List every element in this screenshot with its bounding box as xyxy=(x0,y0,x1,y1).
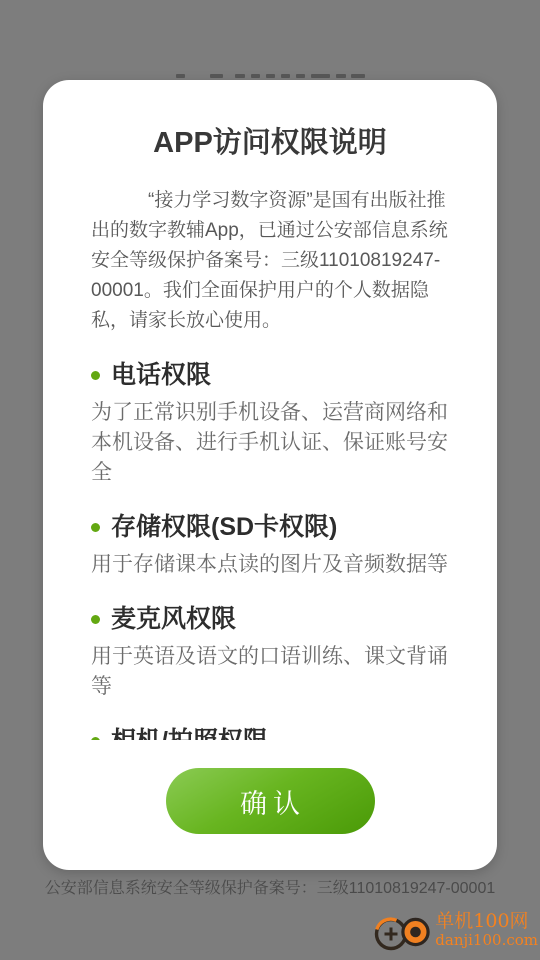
confirm-button[interactable]: 确认 xyxy=(166,768,375,834)
intro-paragraph: “接力学习数字资源”是国有出版社推出的数字教辅App，已通过公安部信息系统安全等… xyxy=(91,186,449,336)
watermark-site-name: 单机100网 xyxy=(435,911,538,932)
permission-name: 电话权限 xyxy=(111,358,211,392)
danji100-logo-icon xyxy=(372,905,432,954)
bullet-dot-icon xyxy=(91,523,100,532)
permission-item-storage: 存储权限(SD卡权限) 用于存储课本点读的图片及音频数据等 xyxy=(91,510,449,580)
permission-item-microphone: 麦克风权限 用于英语及语文的口语训练、课文背诵等 xyxy=(91,602,449,702)
permission-item-phone: 电话权限 为了正常识别手机设备、运营商网络和本机设备、进行手机认证、保证账号安全 xyxy=(91,358,449,488)
watermark-site-url: danji100.com xyxy=(435,932,538,949)
permission-dialog: APP访问权限说明 “接力学习数字资源”是国有出版社推出的数字教辅App，已通过… xyxy=(43,80,497,870)
dialog-scroll-area[interactable]: APP访问权限说明 “接力学习数字资源”是国有出版社推出的数字教辅App，已通过… xyxy=(43,80,497,740)
dialog-title: APP访问权限说明 xyxy=(91,125,449,161)
permission-name: 相机/拍照权限 xyxy=(111,724,268,740)
permission-name: 存储权限(SD卡权限) xyxy=(111,510,337,544)
bullet-dot-icon xyxy=(91,737,100,741)
permission-name: 麦克风权限 xyxy=(111,602,236,636)
permission-description: 用于存储课本点读的图片及音频数据等 xyxy=(91,550,449,580)
permission-description: 为了正常识别手机设备、运营商网络和本机设备、进行手机认证、保证账号安全 xyxy=(91,398,449,488)
permission-description: 用于英语及语文的口语训练、课文背诵等 xyxy=(91,642,449,702)
bullet-dot-icon xyxy=(91,615,100,624)
security-record-number: 公安部信息系统安全等级保护备案号：三级11010819247-00001 xyxy=(0,878,540,900)
permission-item-camera: 相机/拍照权限 xyxy=(91,724,449,740)
watermark: 单机100网 danji100.com xyxy=(372,905,538,954)
background-text-remnant xyxy=(0,0,540,84)
bullet-dot-icon xyxy=(91,371,100,380)
